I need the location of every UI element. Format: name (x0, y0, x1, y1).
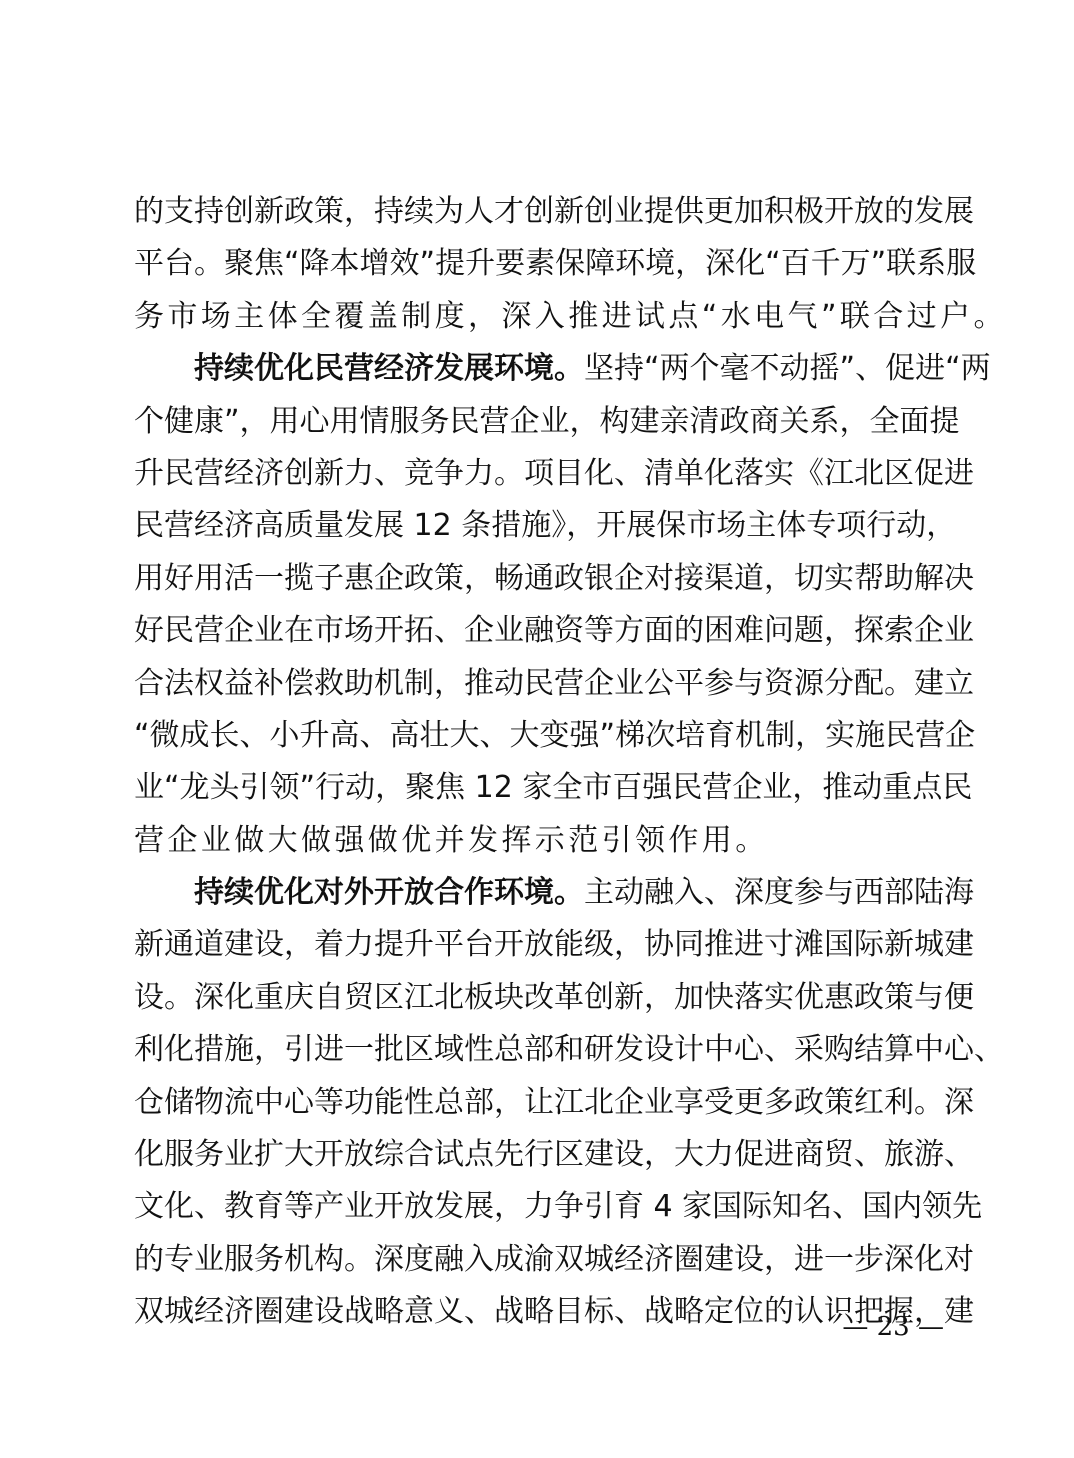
text-line: 的支持创新政策，持续为人才创新创业提供更加积极开放的发展 (134, 186, 942, 238)
paragraph-heading: 持续优化对外开放合作环境。 (194, 875, 584, 910)
text-line: “微成长、小升高、高壮大、大变强”梯次培育机制，实施民营企 (134, 710, 942, 762)
text-line: 务市场主体全覆盖制度，深入推进试点“水电气”联合过户。 (134, 291, 942, 343)
text-line: 的专业服务机构。深度融入成渝双城经济圈建设，进一步深化对 (134, 1234, 942, 1286)
paragraph-continuation: 的支持创新政策，持续为人才创新创业提供更加积极开放的发展 平台。聚焦“降本增效”… (134, 186, 942, 343)
text-line: 持续优化民营经济发展环境。坚持“两个毫不动摇”、促进“两 (134, 343, 942, 395)
text-line: 平台。聚焦“降本增效”提升要素保障环境，深化“百千万”联系服 (134, 238, 942, 290)
text-line: 仓储物流中心等功能性总部，让江北企业享受更多政策红利。深 (134, 1077, 942, 1129)
paragraph-heading: 持续优化民营经济发展环境。 (194, 351, 584, 386)
text-line: 双城经济圈建设战略意义、战略目标、战略定位的认识把握，建 (134, 1286, 942, 1338)
paragraph-private-economy: 持续优化民营经济发展环境。坚持“两个毫不动摇”、促进“两 个健康”，用心用情服务… (134, 343, 942, 867)
text-span: 主动融入、深度参与西部陆海 (584, 875, 974, 910)
text-line: 民营经济高质量发展 12 条措施》，开展保市场主体专项行动， (134, 500, 942, 552)
page-number: — 23 — (840, 1312, 944, 1342)
text-line: 化服务业扩大开放综合试点先行区建设，大力促进商贸、旅游、 (134, 1129, 942, 1181)
text-line: 文化、教育等产业开放发展，力争引育 4 家国际知名、国内领先 (134, 1181, 942, 1233)
text-line: 个健康”，用心用情服务民营企业，构建亲清政商关系，全面提 (134, 396, 942, 448)
text-line: 合法权益补偿救助机制，推动民营企业公平参与资源分配。建立 (134, 658, 942, 710)
document-page: 的支持创新政策，持续为人才创新创业提供更加积极开放的发展 平台。聚焦“降本增效”… (134, 186, 942, 1339)
text-line: 新通道建设，着力提升平台开放能级，协同推进寸滩国际新城建 (134, 919, 942, 971)
paragraph-opening-up: 持续优化对外开放合作环境。主动融入、深度参与西部陆海 新通道建设，着力提升平台开… (134, 867, 942, 1339)
text-line: 持续优化对外开放合作环境。主动融入、深度参与西部陆海 (134, 867, 942, 919)
text-line: 好民营企业在市场开拓、企业融资等方面的困难问题，探索企业 (134, 605, 942, 657)
text-line: 营企业做大做强做优并发挥示范引领作用。 (134, 815, 942, 867)
text-line: 利化措施，引进一批区域性总部和研发设计中心、采购结算中心、 (134, 1024, 942, 1076)
text-line: 业“龙头引领”行动，聚焦 12 家全市百强民营企业，推动重点民 (134, 762, 942, 814)
text-span: 坚持“两个毫不动摇”、促进“两 (584, 351, 991, 386)
text-line: 设。深化重庆自贸区江北板块改革创新，加快落实优惠政策与便 (134, 972, 942, 1024)
text-line: 升民营经济创新力、竞争力。项目化、清单化落实《江北区促进 (134, 448, 942, 500)
text-line: 用好用活一揽子惠企政策，畅通政银企对接渠道，切实帮助解决 (134, 553, 942, 605)
